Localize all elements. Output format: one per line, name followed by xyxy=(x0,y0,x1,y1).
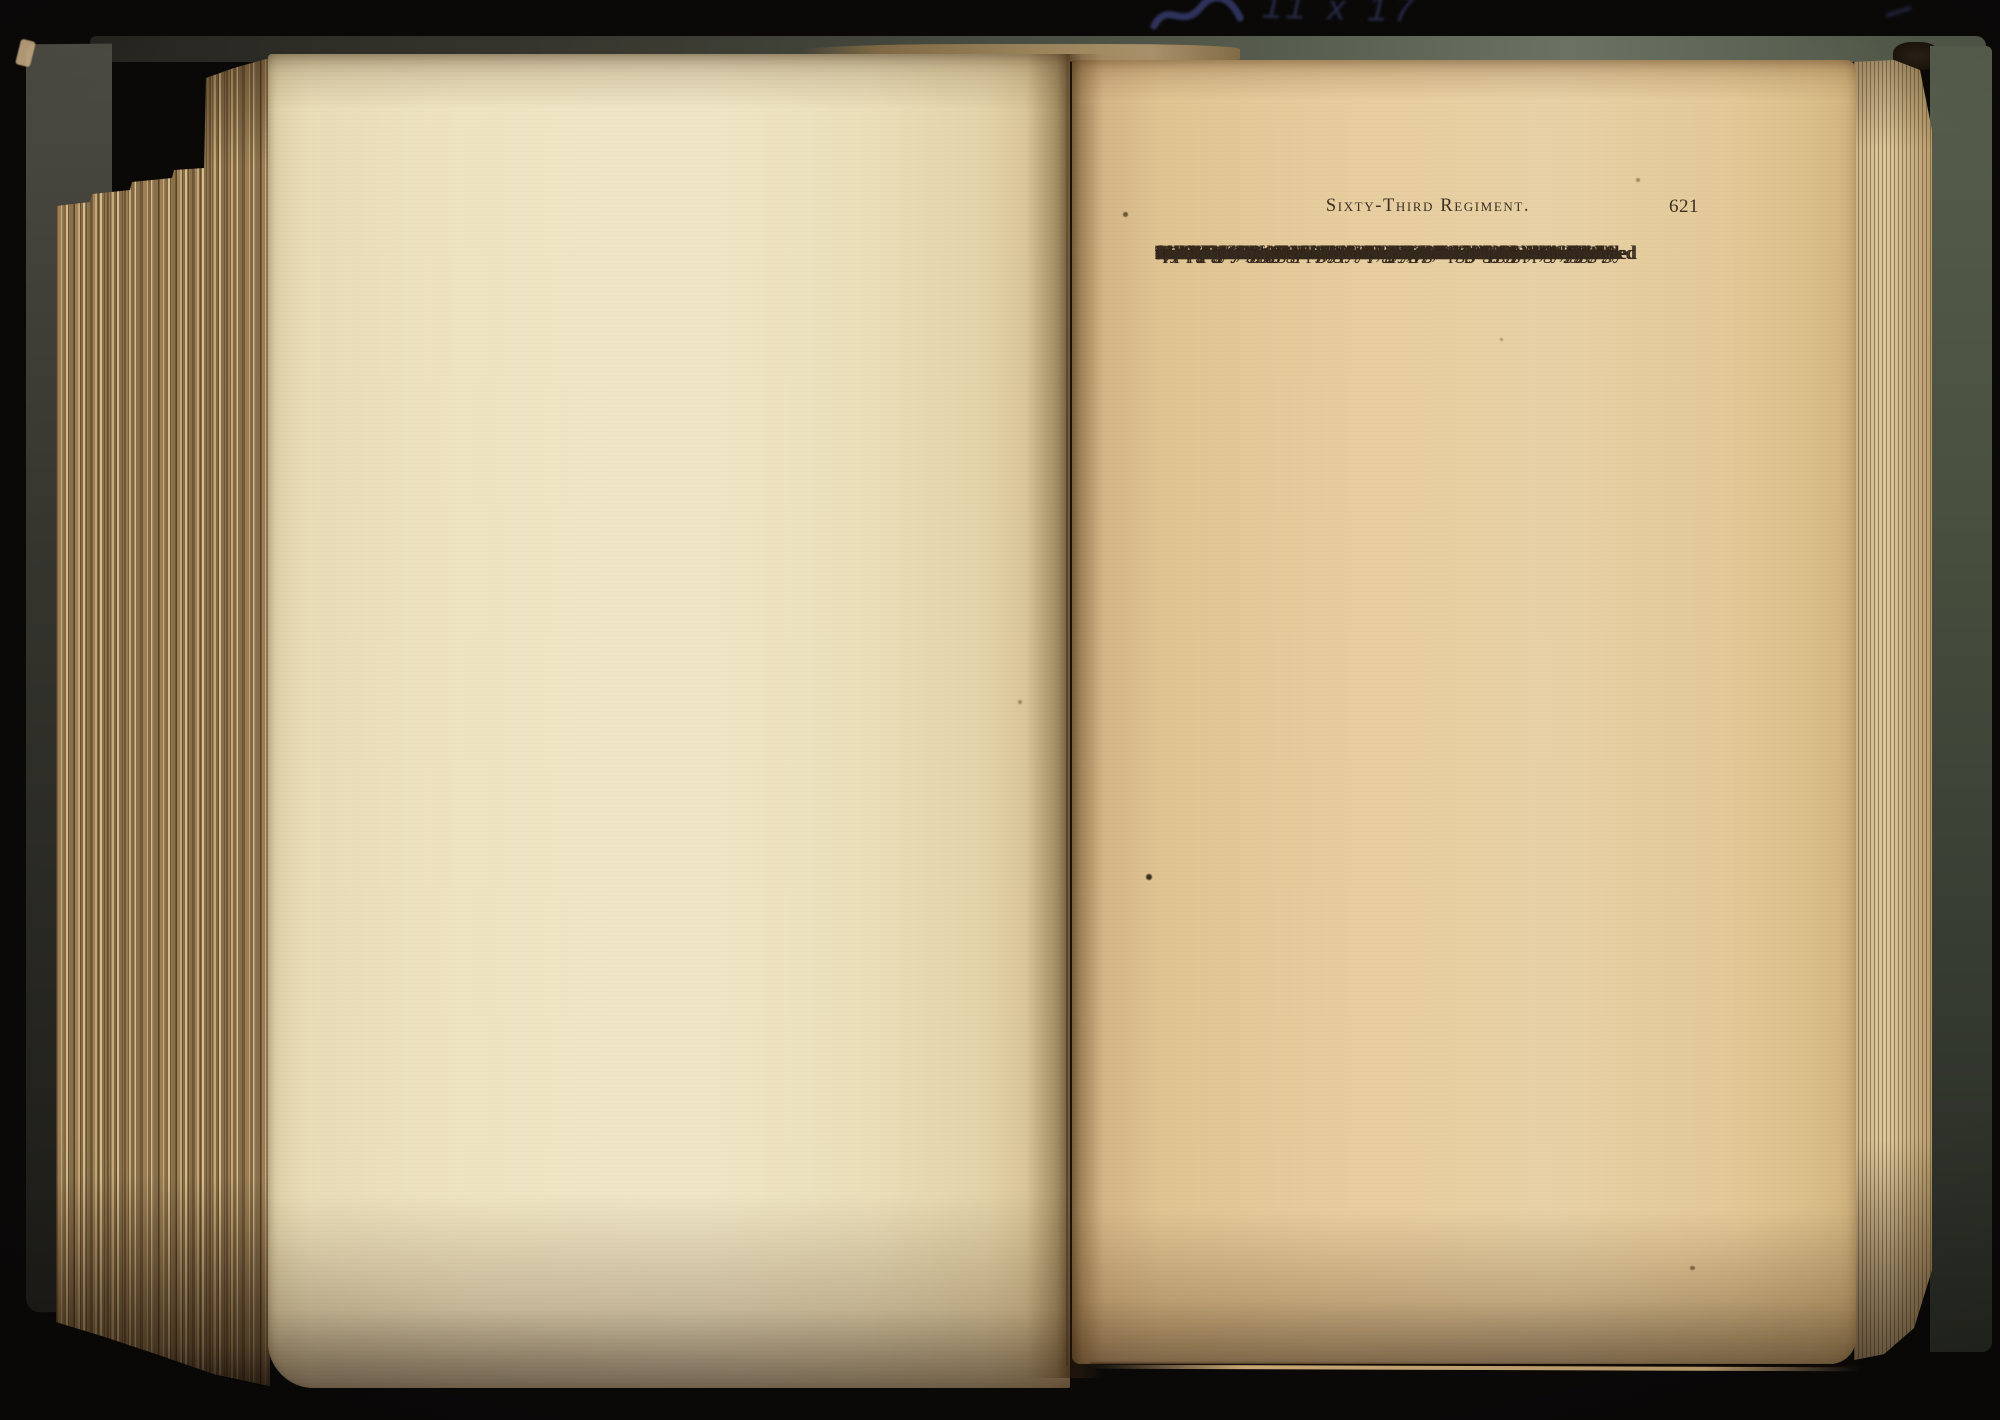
book-cover-right xyxy=(1930,46,1992,1352)
photographer-note: 11 x 17 xyxy=(1261,0,1522,37)
ink-speck xyxy=(1146,874,1152,880)
under-page-edge xyxy=(1090,1365,1860,1372)
page-number: 621 xyxy=(1669,196,1699,218)
blue-scribble-mark xyxy=(1150,0,1246,34)
blue-tick-mark xyxy=(1882,0,1911,18)
foxing-spot xyxy=(1690,1266,1695,1270)
gutter-fold-line xyxy=(1066,56,1068,1366)
page-title: Sixty-Third Regiment. xyxy=(1155,196,1701,217)
gutter-shadow xyxy=(1026,54,1104,1378)
foxing-spot xyxy=(1018,700,1022,704)
book-photograph: Sixty-Third Regiment. 621 Hill opened fi… xyxy=(0,0,2000,1420)
foxing-spot xyxy=(1500,338,1503,341)
left-page-edge-stack xyxy=(56,56,270,1396)
running-header: Sixty-Third Regiment. 621 xyxy=(1155,196,1701,224)
left-page-blank xyxy=(268,54,1070,1388)
foxing-spot xyxy=(1636,178,1640,182)
foxing-spot xyxy=(1123,212,1128,217)
right-page-edge-stack xyxy=(1854,60,1932,1366)
text-line: 1, of these histories. The words “the 23… xyxy=(1155,242,1608,266)
